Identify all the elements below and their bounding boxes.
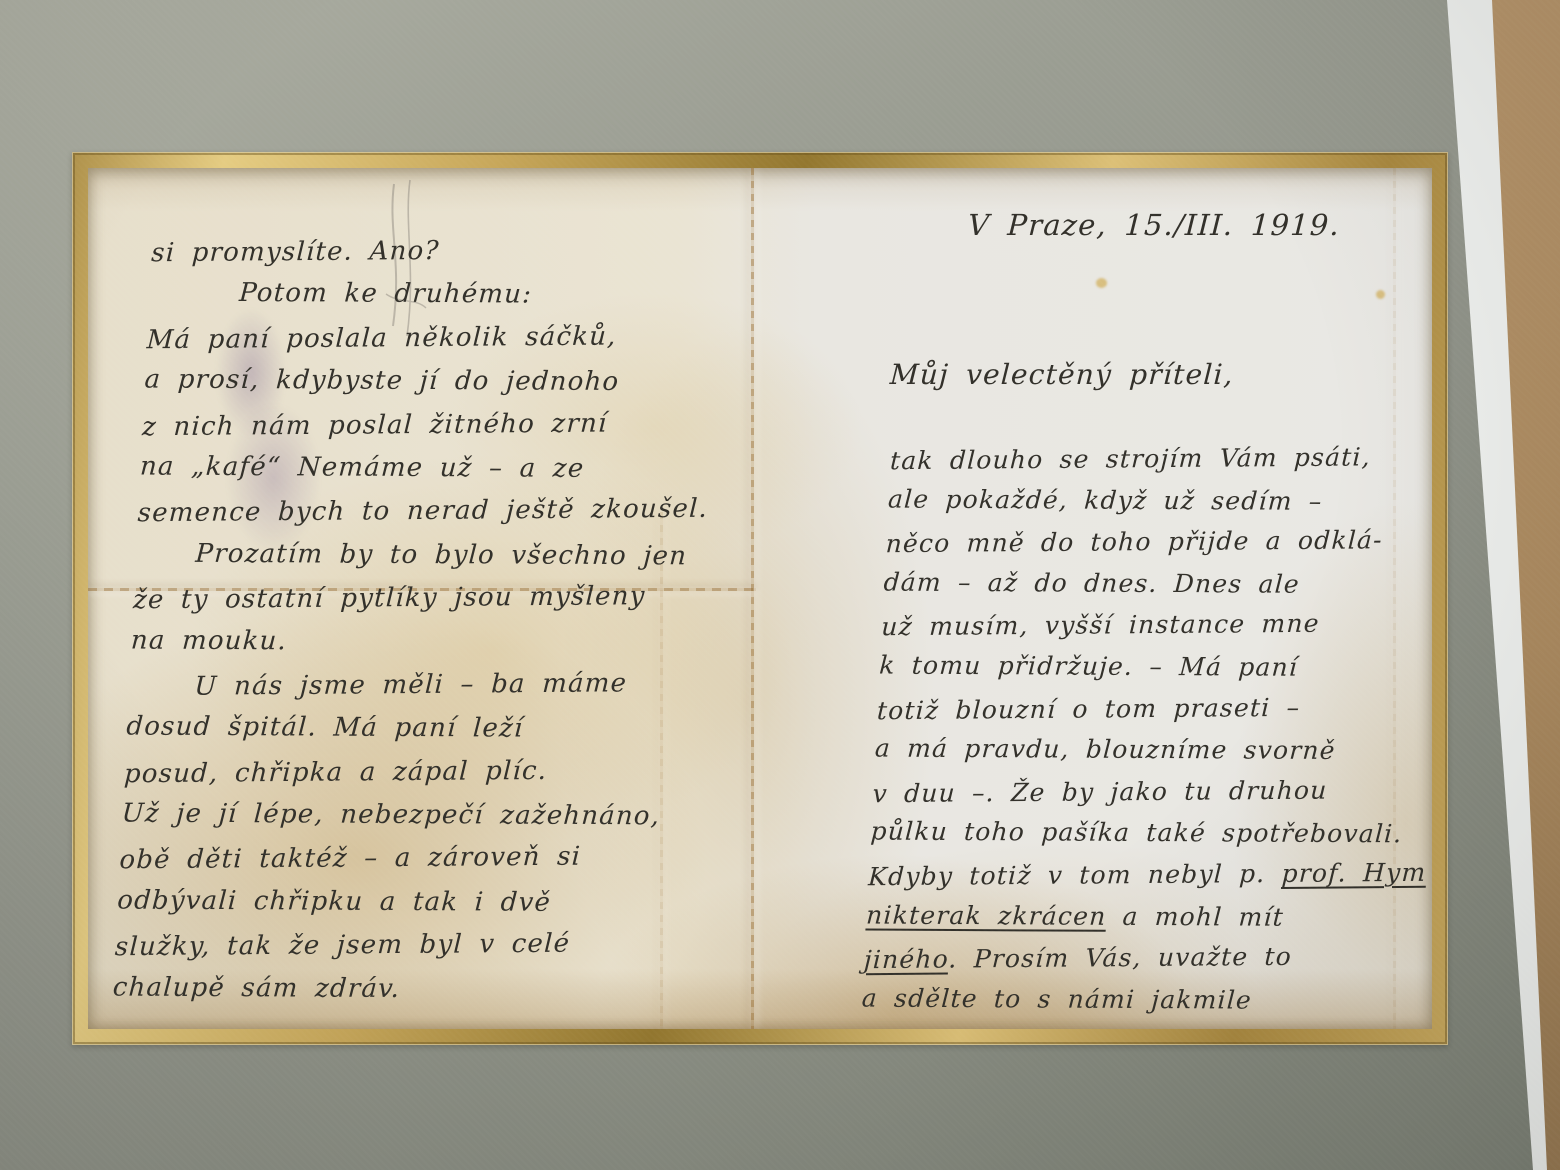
seg-underlined: jiného xyxy=(863,945,949,975)
letter-line: jiného. Prosím Vás, uvažte to xyxy=(863,935,1423,981)
letter-line: půlku toho pašíka také spotřebovali. xyxy=(869,811,1429,856)
seg-plain: totiž blouzní o tom praseti – xyxy=(876,692,1301,724)
seg-plain: něco mně do toho přijde a odklá- xyxy=(885,525,1383,558)
letter-line: Už je jí lépe, nebezpečí zažehnáno, xyxy=(121,793,694,839)
seg-plain: v duu –. Že by jako tu druhou xyxy=(872,775,1328,808)
letter-line: U nás jsme měli – ba máme xyxy=(128,662,700,710)
letter-line: a prosí, kdybyste jí do jednoho xyxy=(143,359,716,405)
letter-line: semence bych to nerad ještě zkoušel. xyxy=(137,488,709,536)
letter-line: už musím, vyšší instance mne xyxy=(880,602,1432,648)
letter-line: si promyslíte. Ano? xyxy=(150,228,722,276)
letter-line: tak dlouho se strojím Vám psáti, xyxy=(889,436,1432,482)
letter-line: Kdyby totiž v tom nebyl p. prof. Hym xyxy=(867,852,1427,898)
seg-plain: a sdělte to s námi jakmile xyxy=(861,983,1253,1014)
letter-line: posud, chřipka a zápal plíc. xyxy=(123,748,695,796)
letter-line: totiž blouzní o tom praseti – xyxy=(876,685,1432,731)
letter-line: obě děti taktéž – a zároveň si xyxy=(118,835,690,883)
letter-line: v duu –. Že by jako tu druhou xyxy=(872,769,1432,815)
left-page-text: si promyslíte. Ano? Potom ke druhému: Má… xyxy=(112,230,723,1011)
letter-line: chalupě sám zdráv. xyxy=(112,966,685,1012)
letter-line: na mouku. xyxy=(130,619,703,665)
center-fold-crease xyxy=(751,168,754,1029)
seg-plain: ale pokaždé, když už sedím – xyxy=(887,484,1323,515)
seg-plain: dám – až do dnes. Dnes ale xyxy=(883,567,1301,598)
letter-line: že ty ostatní pytlíky jsou myšleny xyxy=(132,575,704,623)
letter-paper: si promyslíte. Ano? Potom ke druhému: Má… xyxy=(88,168,1432,1029)
seg-underlined: nikterak zkrácen xyxy=(865,900,1107,930)
letter-line: k tomu přidržuje. – Má paní xyxy=(878,645,1432,690)
salutation: Můj velectěný příteli, xyxy=(889,358,1234,391)
seg-underlined: prof. Hym xyxy=(1281,858,1427,888)
date-line: V Praze, 15./III. 1919. xyxy=(967,208,1341,242)
seg-plain: a má pravdu, blouzníme svorně xyxy=(874,734,1336,765)
seg-plain: a mohl mít xyxy=(1106,901,1285,931)
framed-letter-photo: si promyslíte. Ano? Potom ke druhému: Má… xyxy=(0,0,1560,1170)
letter-line: nikterak zkrácen a mohl mít xyxy=(865,894,1425,939)
letter-line: Prozatím by to bylo všechno jen xyxy=(134,532,707,578)
letter-line: dám – až do dnes. Dnes ale xyxy=(883,561,1432,606)
letter-line: něco mně do toho přijde a odklá- xyxy=(885,519,1432,565)
stain-speck xyxy=(1376,290,1385,299)
gold-frame: si promyslíte. Ano? Potom ke druhému: Má… xyxy=(72,152,1448,1045)
seg-plain: k tomu přidržuje. – Má paní xyxy=(879,651,1299,682)
seg-plain: Kdyby totiž v tom nebyl p. xyxy=(868,859,1283,891)
stain-speck xyxy=(1096,278,1107,288)
letter-line: odbývali chřipku a tak i dvě xyxy=(116,879,689,925)
letter-line: z nich nám poslal žitného zrní xyxy=(141,401,713,449)
letter-line: a sdělte to s námi jakmile xyxy=(861,977,1421,1022)
letter-line: ale pokaždé, když už sedím – xyxy=(887,478,1432,523)
letter-line: služky, tak že jsem byl v celé xyxy=(114,922,686,970)
letter-line: a má pravdu, blouzníme svorně xyxy=(874,728,1432,773)
letter-line: Potom ke druhému: xyxy=(148,272,721,318)
seg-plain: tak dlouho se strojím Vám psáti, xyxy=(889,442,1371,475)
right-page-text: tak dlouho se strojím Vám psáti, ale pok… xyxy=(861,438,1432,1020)
seg-plain: . Prosím Vás, uvažte to xyxy=(948,942,1293,974)
seg-plain: už musím, vyšší instance mne xyxy=(881,609,1321,641)
letter-line: na „kafé“ Nemáme už – a ze xyxy=(139,445,712,491)
seg-plain: půlku toho pašíka také spotřebovali. xyxy=(870,817,1403,849)
letter-line: dosud špitál. Má paní leží xyxy=(125,706,698,752)
letter-line: Má paní poslala několik sáčků, xyxy=(146,315,718,363)
